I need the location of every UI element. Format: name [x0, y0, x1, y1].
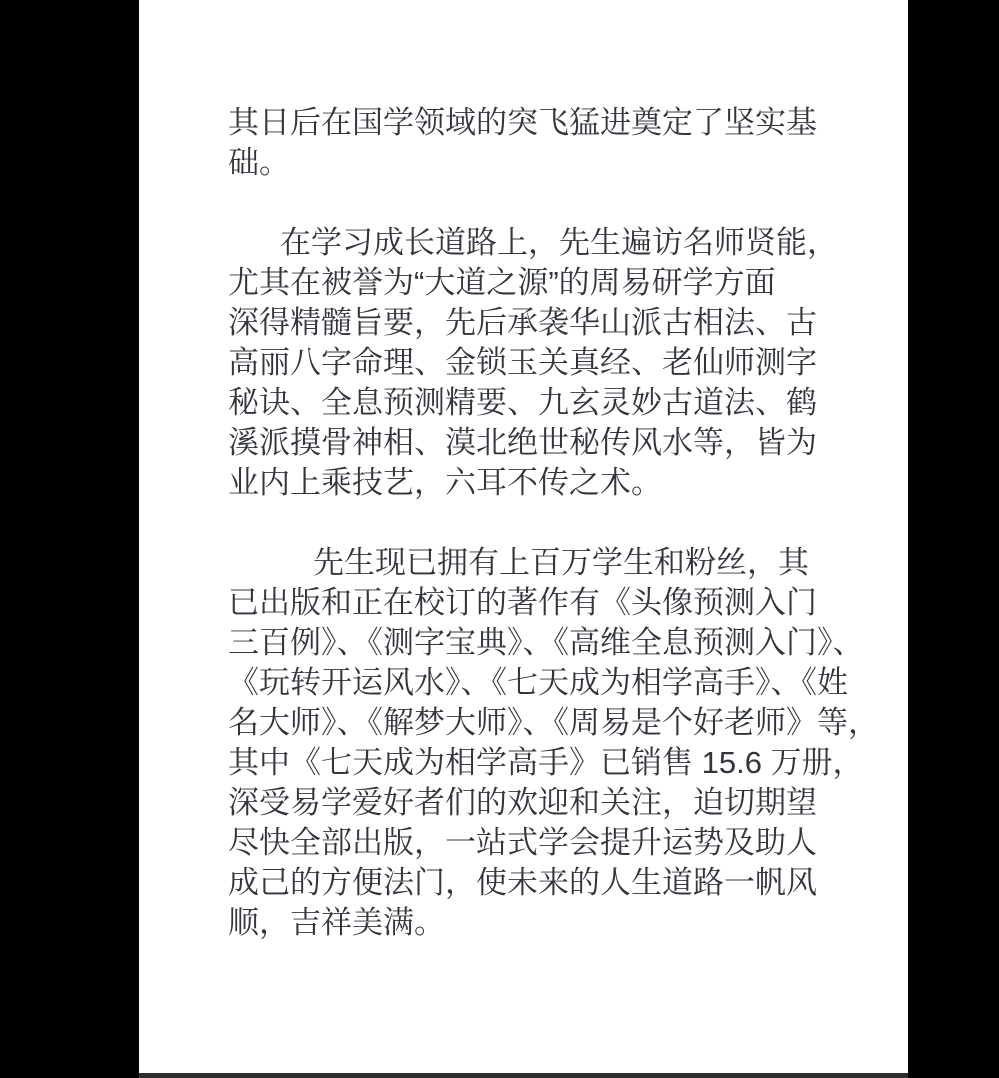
text-line: 深得精髓旨要，先后承袭华山派古相法、古	[228, 303, 848, 343]
text-line: 尤其在被誉为“大道之源”的周易研学方面	[228, 263, 848, 303]
text-line: 深受易学爱好者们的欢迎和关注，迫切期望	[228, 783, 848, 823]
text-line: 其日后在国学领域的突飞猛进奠定了坚实基	[228, 103, 848, 143]
paragraph-study-path: 在学习成长道路上，先生遍访名师贤能，尤其在被誉为“大道之源”的周易研学方面深得精…	[228, 223, 848, 503]
text-block: 其日后在国学领域的突飞猛进奠定了坚实基础。在学习成长道路上，先生遍访名师贤能，尤…	[139, 0, 908, 983]
text-line: 三百例》、《测字宝典》、《高维全息预测入门》、	[228, 623, 848, 663]
text-line: 已出版和正在校订的著作有《头像预测入门	[228, 583, 848, 623]
text-line: 《玩转开运风水》、《七天成为相学高手》、《姓	[228, 663, 848, 703]
text-line: 顺，吉祥美满。	[228, 903, 848, 943]
paragraph-foundation: 其日后在国学领域的突飞猛进奠定了坚实基础。	[228, 103, 848, 183]
text-line: 先生现已拥有上百万学生和粉丝，其	[228, 543, 848, 583]
left-letterbox-bar	[0, 0, 139, 1078]
bottom-edge-strip	[139, 1073, 908, 1078]
right-letterbox-bar	[908, 0, 999, 1078]
text-line: 础。	[228, 143, 848, 183]
text-line: 其中《七天成为相学高手》已销售 15.6 万册，	[228, 743, 848, 783]
document-page: 其日后在国学领域的突飞猛进奠定了坚实基础。在学习成长道路上，先生遍访名师贤能，尤…	[139, 0, 908, 1073]
text-line: 秘诀、全息预测精要、九玄灵妙古道法、鹤	[228, 383, 848, 423]
reader-screen: 其日后在国学领域的突飞猛进奠定了坚实基础。在学习成长道路上，先生遍访名师贤能，尤…	[0, 0, 999, 1078]
text-line: 在学习成长道路上，先生遍访名师贤能，	[228, 223, 848, 263]
text-line: 业内上乘技艺，六耳不传之术。	[228, 463, 848, 503]
text-line: 溪派摸骨神相、漠北绝世秘传风水等，皆为	[228, 423, 848, 463]
text-line: 成己的方便法门，使未来的人生道路一帆风	[228, 863, 848, 903]
text-line: 名大师》、《解梦大师》、《周易是个好老师》等，	[228, 703, 848, 743]
text-line: 高丽八字命理、金锁玉关真经、老仙师测字	[228, 343, 848, 383]
paragraph-publications: 先生现已拥有上百万学生和粉丝，其已出版和正在校订的著作有《头像预测入门三百例》、…	[228, 543, 848, 943]
text-line: 尽快全部出版，一站式学会提升运势及助人	[228, 823, 848, 863]
